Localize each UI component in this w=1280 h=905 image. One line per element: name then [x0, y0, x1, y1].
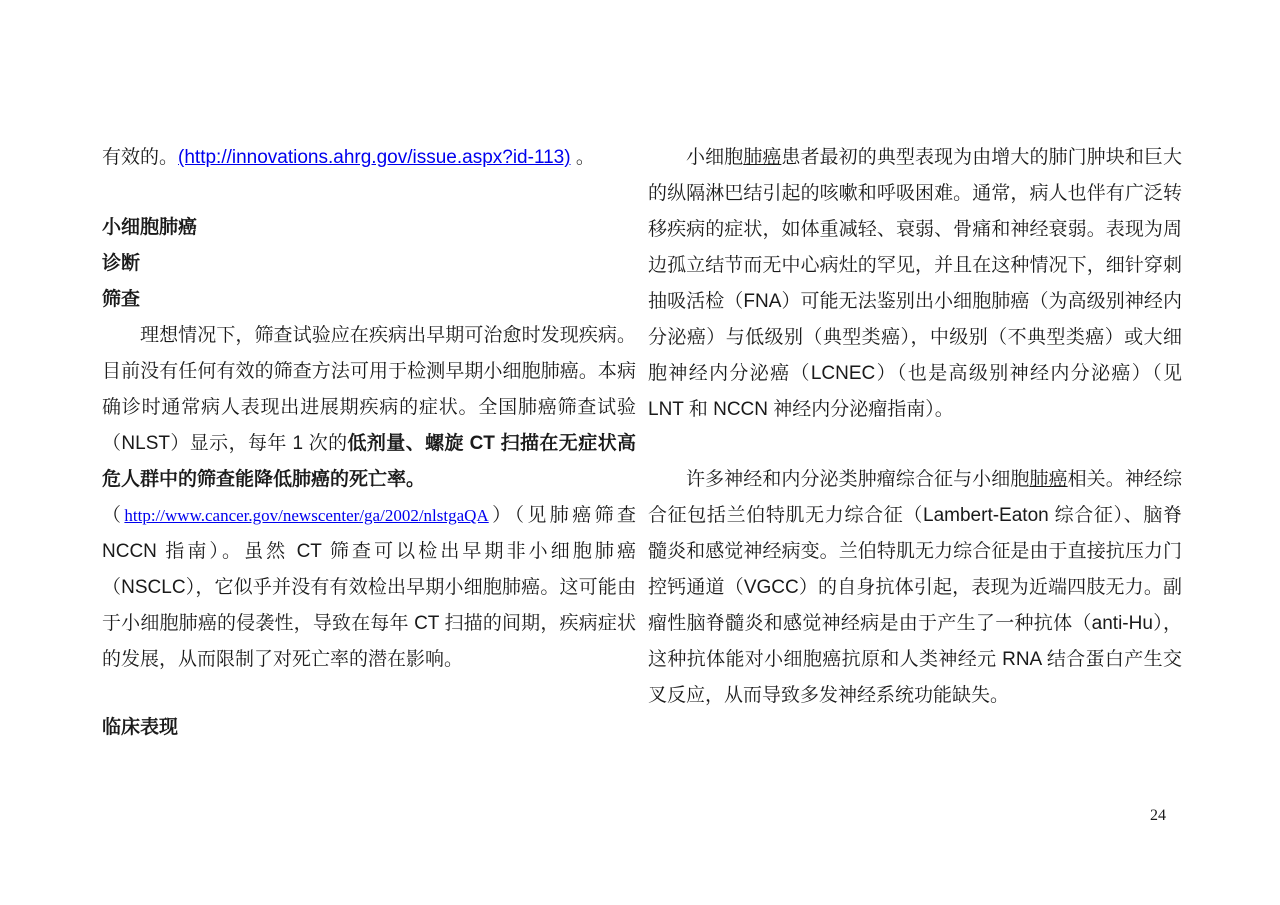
document-page: 有效的。(http://innovations.ahrg.gov/issue.a… — [0, 0, 1280, 905]
text-segment: 肺癌 — [743, 147, 781, 168]
reference-line: 有效的。(http://innovations.ahrg.gov/issue.a… — [102, 140, 636, 176]
heading-clinical-presentation: 临床表现 — [102, 710, 636, 746]
heading-small-cell-lung-cancer: 小细胞肺癌 — [102, 210, 636, 246]
text-segment: 患者最初的典型表现为由增大的肺门肿块和巨大的纵隔淋巴结引起的咳嗽和呼吸困难。通常… — [648, 147, 1182, 420]
left-column: 有效的。(http://innovations.ahrg.gov/issue.a… — [102, 140, 636, 746]
text-segment: 肺癌 — [1029, 469, 1067, 490]
paraneoplastic-paragraph: 许多神经和内分泌类肿瘤综合征与小细胞肺癌相关。神经综合征包括兰伯特肌无力综合征（… — [648, 462, 1182, 714]
page-number: 24 — [1150, 806, 1166, 826]
right-column: 小细胞肺癌患者最初的典型表现为由增大的肺门肿块和巨大的纵隔淋巴结引起的咳嗽和呼吸… — [648, 140, 1182, 714]
text-segment: 有效的。 — [102, 147, 178, 168]
text-segment: 许多神经和内分泌类肿瘤综合征与小细胞 — [686, 469, 1029, 490]
hyperlink[interactable]: http://www.cancer.gov/newscenter/ga/2002… — [124, 506, 488, 525]
screening-paragraph: 理想情况下，筛查试验应在疾病出早期可治愈时发现疾病。目前没有任何有效的筛查方法可… — [102, 318, 636, 498]
text-segment: （ — [102, 505, 124, 526]
screening-link-paragraph: （http://www.cancer.gov/newscenter/ga/200… — [102, 498, 636, 678]
heading-diagnosis: 诊断 — [102, 246, 636, 282]
text-segment: 。 — [571, 147, 595, 168]
heading-screening: 筛查 — [102, 282, 636, 318]
presentation-paragraph: 小细胞肺癌患者最初的典型表现为由增大的肺门肿块和巨大的纵隔淋巴结引起的咳嗽和呼吸… — [648, 140, 1182, 428]
hyperlink[interactable]: (http://innovations.ahrg.gov/issue.aspx?… — [178, 147, 571, 168]
text-segment: 小细胞 — [686, 147, 743, 168]
text-segment: 相关。神经综合征包括兰伯特肌无力综合征（Lambert-Eaton 综合征）、脑… — [648, 469, 1182, 706]
text-segment: ）（见肺癌筛查 NCCN 指南）。虽然 CT 筛查可以检出早期非小细胞肺癌（NS… — [102, 505, 636, 670]
